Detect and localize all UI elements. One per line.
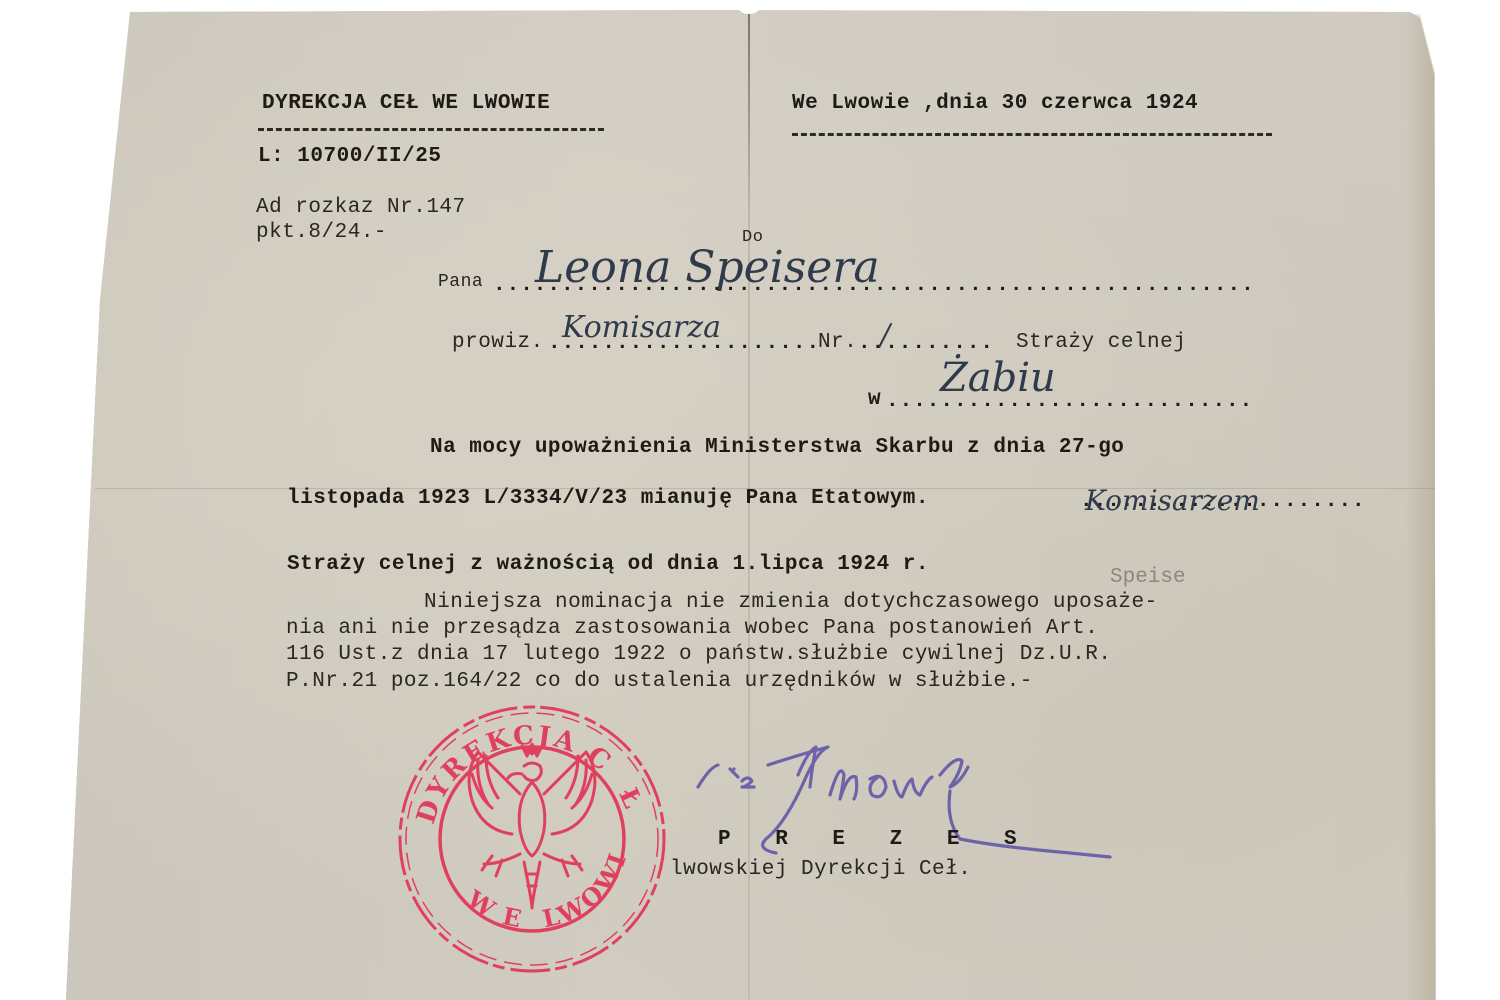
place-date: We Lwowie ,dnia 30 czerwca 1924 — [792, 92, 1198, 115]
reference-number: L: 10700/II/25 — [258, 145, 441, 168]
nr-handwritten: / — [880, 318, 890, 353]
date-underline — [792, 133, 1272, 136]
body-para1-line2: listopada 1923 L/3334/V/23 mianuję Pana … — [287, 487, 929, 510]
stamp-eagle-icon: DYREKCJA C Ł W E LWOWIE — [392, 694, 672, 984]
office-underline — [258, 128, 604, 131]
president-title: P R E Z E S — [718, 828, 1033, 851]
official-stamp: DYREKCJA C Ł W E LWOWIE — [392, 694, 672, 984]
prowiz-label: prowiz. — [452, 331, 544, 354]
body-para1-line1: Na mocy upoważnienia Ministerstwa Skarbu… — [430, 436, 1124, 459]
pana-label: Pana — [438, 272, 483, 292]
body-para2-line2: nia ani nie przesądza zastosowania wobec… — [286, 617, 1098, 640]
office-heading: DYREKCJA CEŁ WE LWOWIE — [262, 92, 550, 115]
nr-dotted-line: .......... — [858, 332, 998, 355]
president-subtitle: lwowskiej Dyrekcji Ceł. — [670, 858, 971, 881]
body-para2-line1: Niniejsza nominacja nie zmienia dotychcz… — [424, 591, 1158, 614]
location-handwritten: Żabiu — [940, 355, 1056, 401]
order-reference: Ad rozkaz Nr.147 — [256, 196, 466, 219]
unit-label: Straży celnej — [1016, 331, 1186, 354]
body-para2-line4: P.Nr.21 poz.164/22 co do ustalenia urzęd… — [286, 670, 1033, 693]
body-para2-line3: 116 Ust.z dnia 17 lutego 1922 o państw.s… — [286, 643, 1111, 666]
appointment-handwritten: Komisarzem — [1085, 484, 1260, 517]
paper-folded-edge — [1405, 14, 1435, 1000]
order-point: pkt.8/24.- — [256, 221, 387, 244]
body-para1-line3: Straży celnej z ważnością od dnia 1.lipc… — [287, 553, 929, 576]
nr-label: Nr. — [818, 331, 857, 354]
rank-handwritten: Komisarza — [562, 310, 721, 345]
addressee-name: Leona Speisera — [535, 242, 880, 293]
faded-imprint: Speise — [1110, 566, 1186, 589]
w-label: w — [868, 388, 881, 411]
